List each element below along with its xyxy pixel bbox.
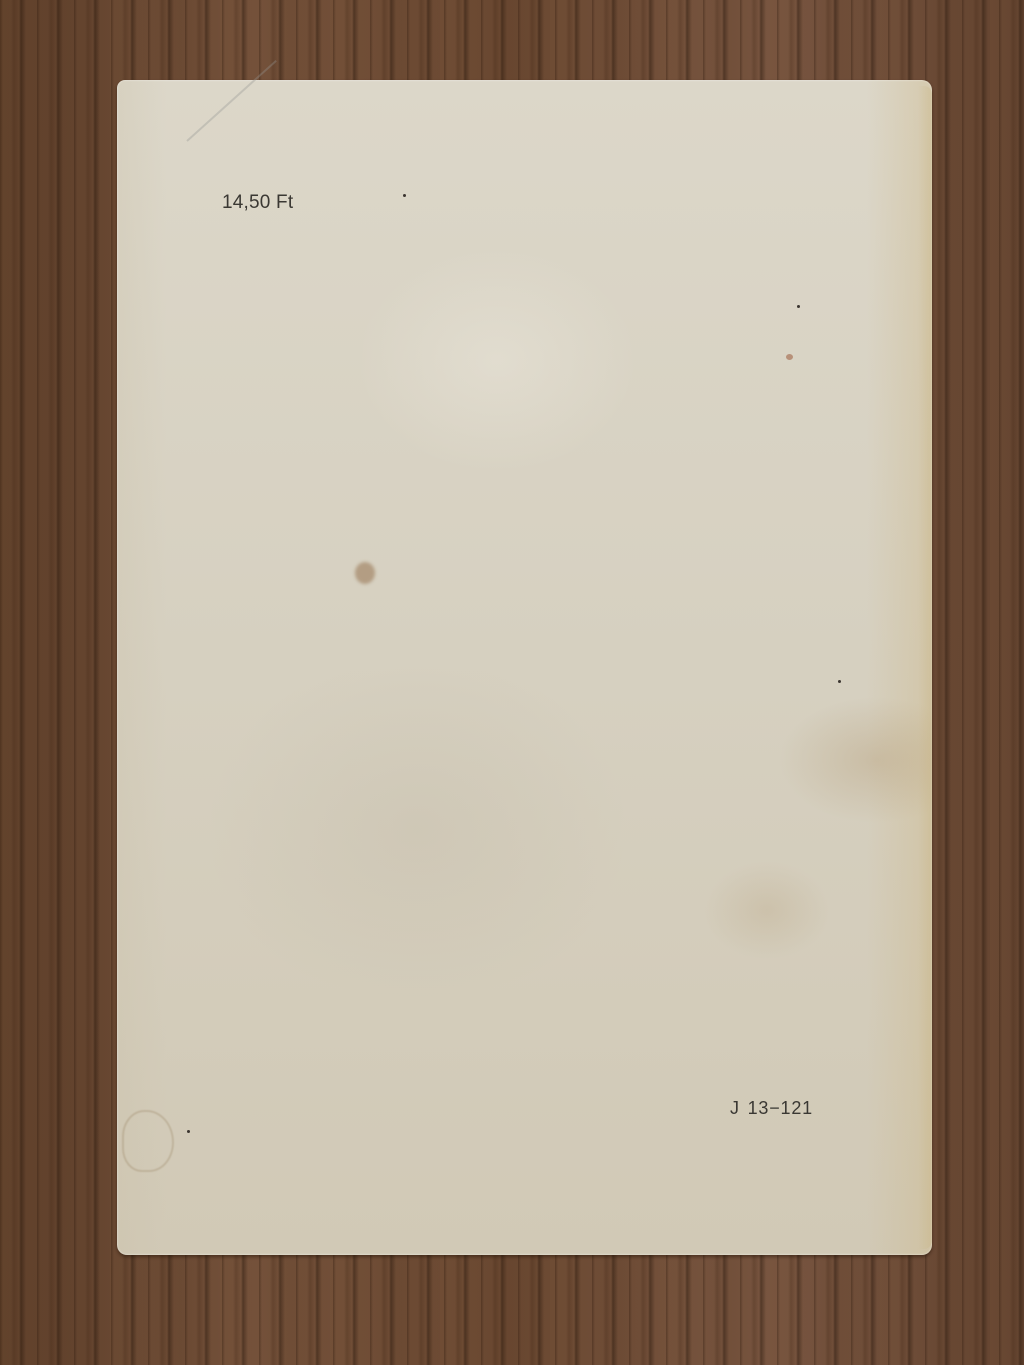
cover-speck (187, 1130, 190, 1133)
catalog-code-label: J 13−121 (730, 1098, 813, 1119)
cover-stain-small (786, 354, 793, 360)
water-ring-stain (122, 1110, 174, 1172)
cover-speck (838, 680, 841, 683)
cover-stain (355, 562, 375, 584)
cover-speck (797, 305, 800, 308)
price-label: 14,50 Ft (222, 192, 293, 214)
cover-crease (186, 60, 277, 142)
book-back-cover: 14,50 Ft J 13−121 (117, 80, 932, 1255)
book-spine-edge (918, 86, 932, 1249)
cover-speck (403, 194, 406, 197)
